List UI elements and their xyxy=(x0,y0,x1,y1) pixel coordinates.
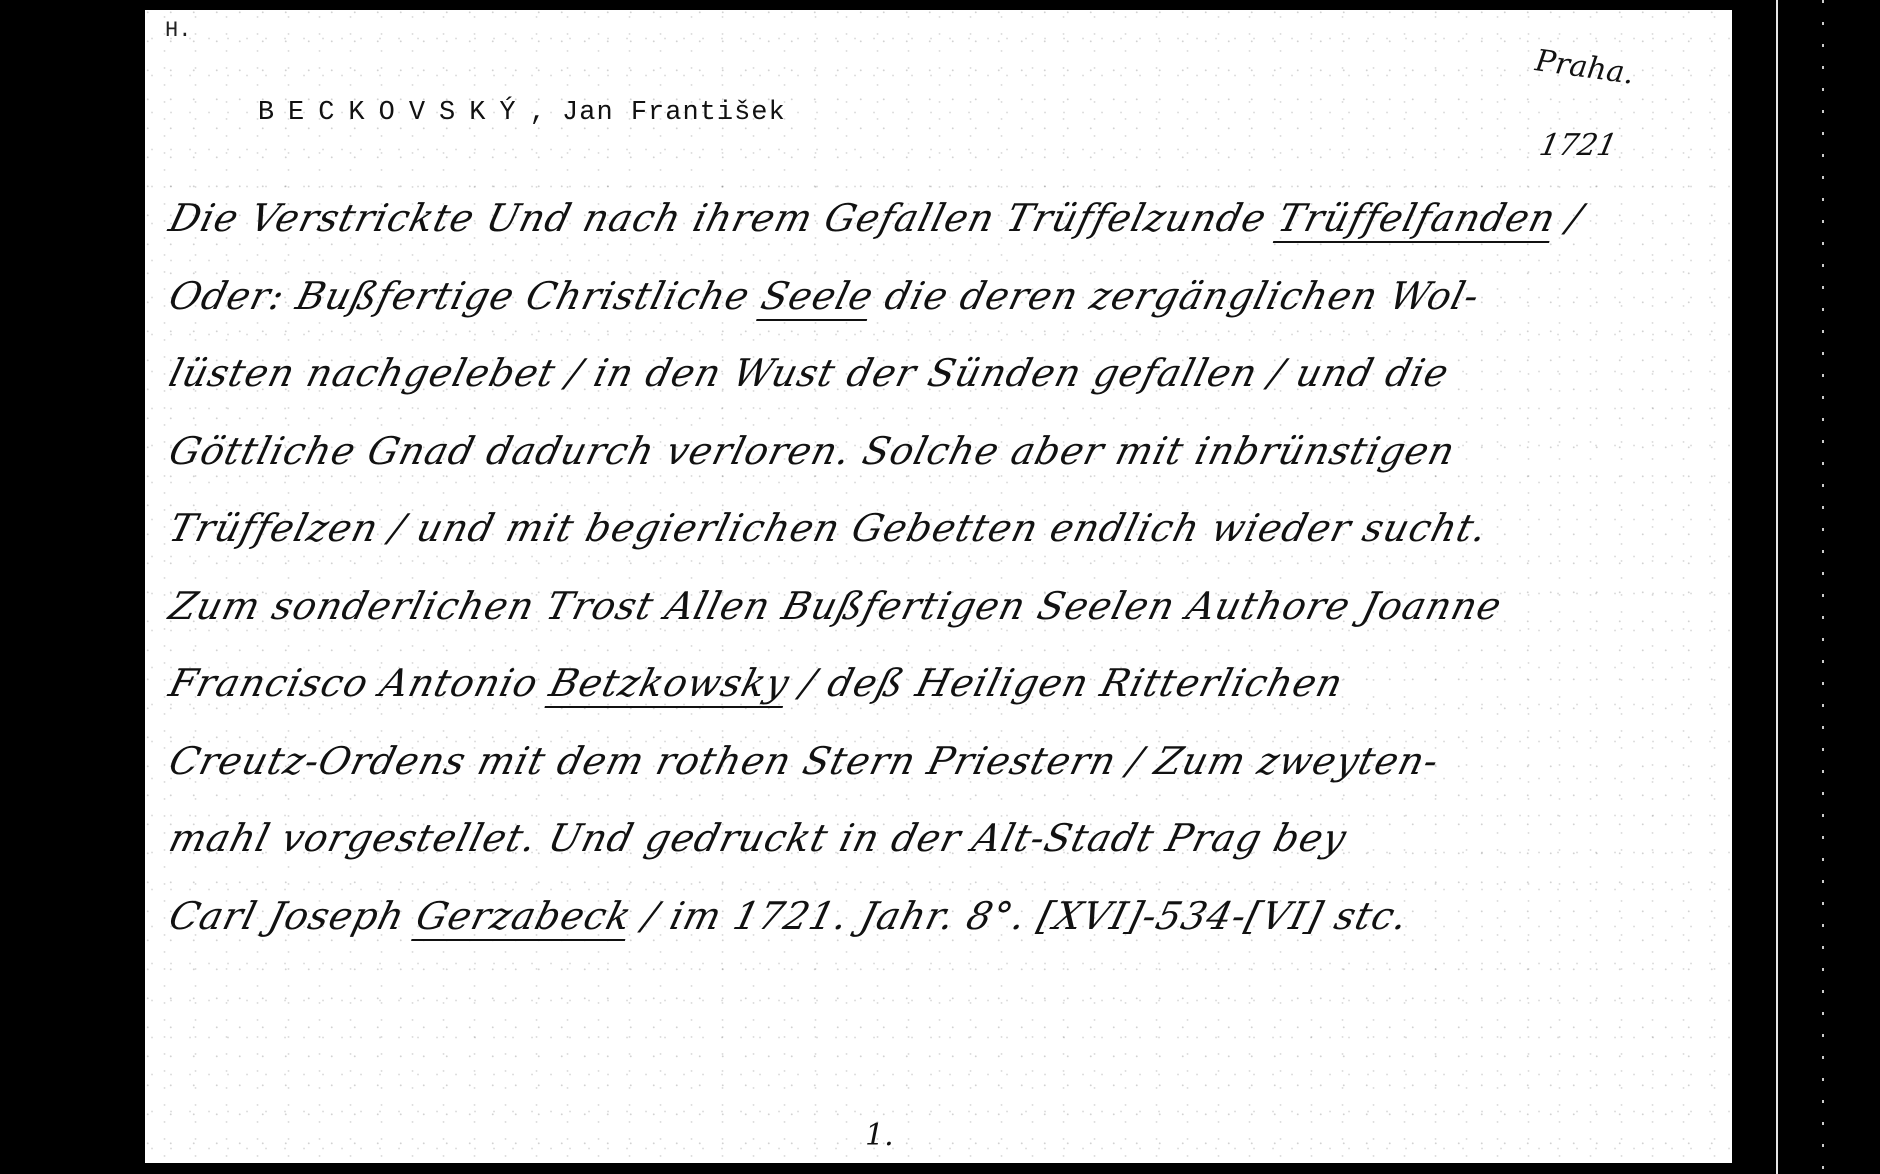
line-text: / deß Heiligen Ritterlichen xyxy=(783,661,1348,705)
transcription-line: Oder: Bußfertige Christliche Seele die d… xyxy=(160,258,1699,336)
line-text: Göttliche Gnad dadurch verloren. Solche … xyxy=(165,429,1460,473)
transcription-line: Creutz-Ordens mit dem rothen Stern Pries… xyxy=(160,723,1699,801)
transcription-line: mahl vorgestellet. Und gedruckt in der A… xyxy=(160,800,1699,878)
transcription-line: Trüffelzen / und mit begierlichen Gebett… xyxy=(160,490,1699,568)
line-text: mahl vorgestellet. Und gedruckt in der A… xyxy=(165,816,1352,860)
line-text: die deren zergänglichen Wol- xyxy=(867,274,1484,318)
transcription-line: Carl Joseph Gerzabeck / im 1721. Jahr. 8… xyxy=(160,878,1699,956)
transcription-line: Zum sonderlichen Trost Allen Bußfertigen… xyxy=(160,568,1699,646)
line-text: Zum sonderlichen Trost Allen Bußfertigen… xyxy=(165,584,1507,628)
author-given-names: Jan František xyxy=(562,98,786,128)
line-text: Francisco Antonio xyxy=(165,661,556,705)
underlined-term: Seele xyxy=(757,274,879,318)
line-text: Creutz-Ordens mit dem rothen Stern Pries… xyxy=(165,739,1444,783)
transcription-line: Göttliche Gnad dadurch verloren. Solche … xyxy=(160,413,1699,491)
line-text: Oder: Bußfertige Christliche xyxy=(165,274,768,318)
year-annotation: 1721 xyxy=(1536,128,1620,163)
transcription-line: lüsten nachgelebet / in den Wust der Sün… xyxy=(160,335,1699,413)
underlined-term: Betzkowsky xyxy=(545,661,794,705)
author-surname: BECKOVSKÝ xyxy=(258,98,530,128)
handwritten-transcription: Die Verstrickte Und nach ihrem Gefallen … xyxy=(170,180,1690,955)
line-text: / im 1721. Jahr. 8°. [XVI]-534-[VI] stc. xyxy=(626,894,1414,938)
underlined-term: Trüffelfanden xyxy=(1274,196,1561,240)
transcription-line: Francisco Antonio Betzkowsky / deß Heili… xyxy=(160,645,1699,723)
catalog-card: H. BECKOVSKÝ, Jan František Praha. 1721 … xyxy=(145,10,1732,1163)
line-text: Die Verstrickte Und nach ihrem Gefallen … xyxy=(165,196,1285,240)
corner-mark: H. xyxy=(165,18,191,43)
page-number: 1. xyxy=(865,1118,894,1153)
line-text: lüsten nachgelebet / in den Wust der Sün… xyxy=(165,351,1454,395)
scan-edge-dots xyxy=(1822,0,1824,1174)
scan-edge-line xyxy=(1776,0,1778,1174)
line-text: Trüffelzen / und mit begierlichen Gebett… xyxy=(165,506,1493,550)
place-annotation: Praha. xyxy=(1533,43,1636,91)
underlined-term: Gerzabeck xyxy=(412,894,637,938)
line-text: Carl Joseph xyxy=(165,894,423,938)
heading-separator: , xyxy=(530,98,546,128)
transcription-line: Die Verstrickte Und nach ihrem Gefallen … xyxy=(160,180,1699,258)
card-heading: BECKOVSKÝ, Jan František xyxy=(193,68,786,158)
